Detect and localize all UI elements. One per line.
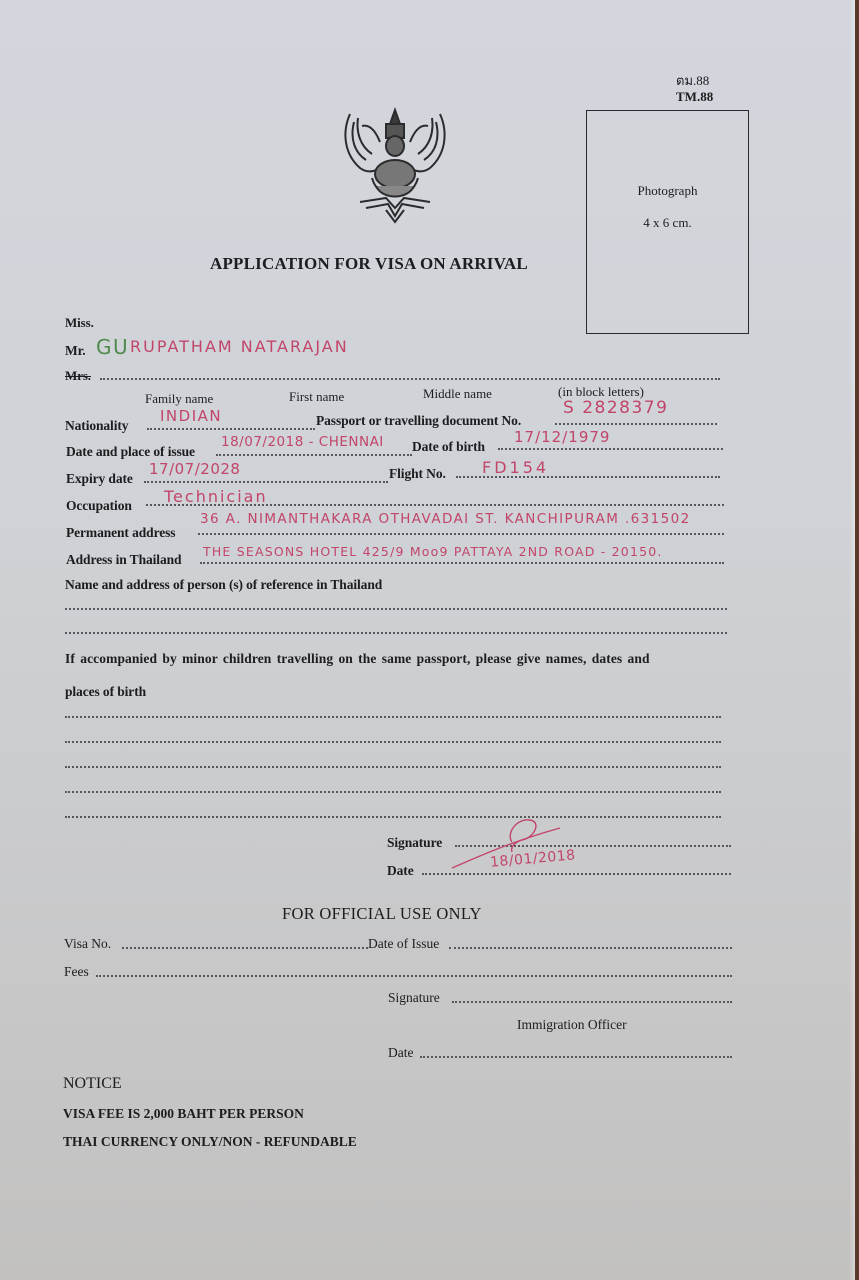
photograph-box: Photograph 4 x 6 cm. xyxy=(586,110,749,334)
official-date-label: Date xyxy=(388,1045,413,1061)
applicant-date-field[interactable] xyxy=(422,873,731,875)
nationality-dotted-line xyxy=(147,428,315,430)
salutation-mrs[interactable]: Mrs. xyxy=(65,368,91,384)
official-date-field[interactable] xyxy=(420,1056,732,1058)
date-place-issue-label: Date and place of issue xyxy=(66,444,195,460)
photograph-label: Photograph xyxy=(587,183,748,199)
expiry-date-label: Expiry date xyxy=(66,471,133,487)
passport-no-label: Passport or travelling document No. xyxy=(316,413,521,429)
notice-currency-line: THAI CURRENCY ONLY/NON - REFUNDABLE xyxy=(63,1134,357,1150)
permanent-address-dotted-line xyxy=(198,533,724,535)
visa-application-form: ตม.88 TM.88 Photograph 4 x 6 cm. AP xyxy=(0,0,855,1280)
dob-dotted-line xyxy=(498,448,723,450)
notice-fee-line: VISA FEE IS 2,000 BAHT PER PERSON xyxy=(63,1106,304,1122)
first-name-caption: First name xyxy=(289,389,344,405)
official-signature-label: Signature xyxy=(388,990,440,1006)
reference-line-1[interactable] xyxy=(65,608,727,610)
notice-title: NOTICE xyxy=(63,1075,122,1093)
expiry-date-value[interactable]: 17/07/2028 xyxy=(149,460,240,478)
occupation-value[interactable]: Technician xyxy=(164,487,268,506)
date-of-issue-field[interactable] xyxy=(449,947,732,949)
date-of-issue-label: Date of Issue xyxy=(368,936,439,952)
fees-label: Fees xyxy=(64,964,89,980)
address-thailand-value[interactable]: THE SEASONS HOTEL 425/9 Moo9 PATTAYA 2ND… xyxy=(203,544,663,559)
name-value-part2[interactable]: RUPATHAM NATARAJAN xyxy=(130,337,349,356)
children-line-3[interactable] xyxy=(65,766,721,768)
date-of-birth-value[interactable]: 17/12/1979 xyxy=(514,428,610,446)
form-code-thai: ตม.88 xyxy=(676,70,709,91)
passport-no-value[interactable]: S 2828379 xyxy=(563,398,668,418)
expiry-dotted-line xyxy=(144,481,388,483)
children-line-2[interactable] xyxy=(65,741,721,743)
permanent-address-label: Permanent address xyxy=(66,525,175,541)
reference-label: Name and address of person (s) of refere… xyxy=(65,577,382,593)
date-of-birth-label: Date of birth xyxy=(412,439,485,455)
flight-no-label: Flight No. xyxy=(389,466,446,482)
visa-no-label: Visa No. xyxy=(64,936,111,952)
issue-dotted-line xyxy=(216,454,412,456)
form-title: APPLICATION FOR VISA ON ARRIVAL xyxy=(210,254,528,274)
visa-no-field[interactable] xyxy=(122,947,368,949)
form-code: TM.88 xyxy=(676,89,713,105)
date-place-issue-value[interactable]: 18/07/2018 - CHENNAI xyxy=(221,434,384,450)
official-use-title: FOR OFFICIAL USE ONLY xyxy=(282,904,482,924)
address-thailand-dotted-line xyxy=(200,562,724,564)
occupation-label: Occupation xyxy=(66,498,132,514)
applicant-date-label: Date xyxy=(387,863,414,879)
flight-no-value[interactable]: FD154 xyxy=(482,458,549,477)
children-line-4[interactable] xyxy=(65,791,721,793)
passport-dotted-line xyxy=(555,423,717,425)
reference-line-2[interactable] xyxy=(65,632,727,634)
salutation-miss[interactable]: Miss. xyxy=(65,315,94,331)
children-label-line2: places of birth xyxy=(65,684,146,700)
nationality-value[interactable]: INDIAN xyxy=(160,407,222,425)
official-signature-field[interactable] xyxy=(452,1001,732,1003)
family-name-caption: Family name xyxy=(145,391,213,407)
immigration-officer-label: Immigration Officer xyxy=(517,1017,627,1033)
salutation-mr[interactable]: Mr. xyxy=(65,343,86,359)
name-value-part1[interactable]: GU xyxy=(96,335,129,359)
address-thailand-label: Address in Thailand xyxy=(66,552,181,568)
fees-field[interactable] xyxy=(96,975,732,977)
children-line-1[interactable] xyxy=(65,716,721,718)
photograph-size: 4 x 6 cm. xyxy=(587,215,748,231)
children-line-5[interactable] xyxy=(65,816,721,818)
applicant-signature-label: Signature xyxy=(387,835,442,851)
nationality-label: Nationality xyxy=(65,418,128,434)
name-line[interactable] xyxy=(100,378,720,380)
permanent-address-value[interactable]: 36 A. NIMANTHAKARA OTHAVADAI ST. KANCHIP… xyxy=(200,511,691,527)
middle-name-caption: Middle name xyxy=(423,386,492,402)
garuda-emblem-icon xyxy=(336,102,454,224)
children-label-line1: If accompanied by minor children travell… xyxy=(65,651,650,667)
